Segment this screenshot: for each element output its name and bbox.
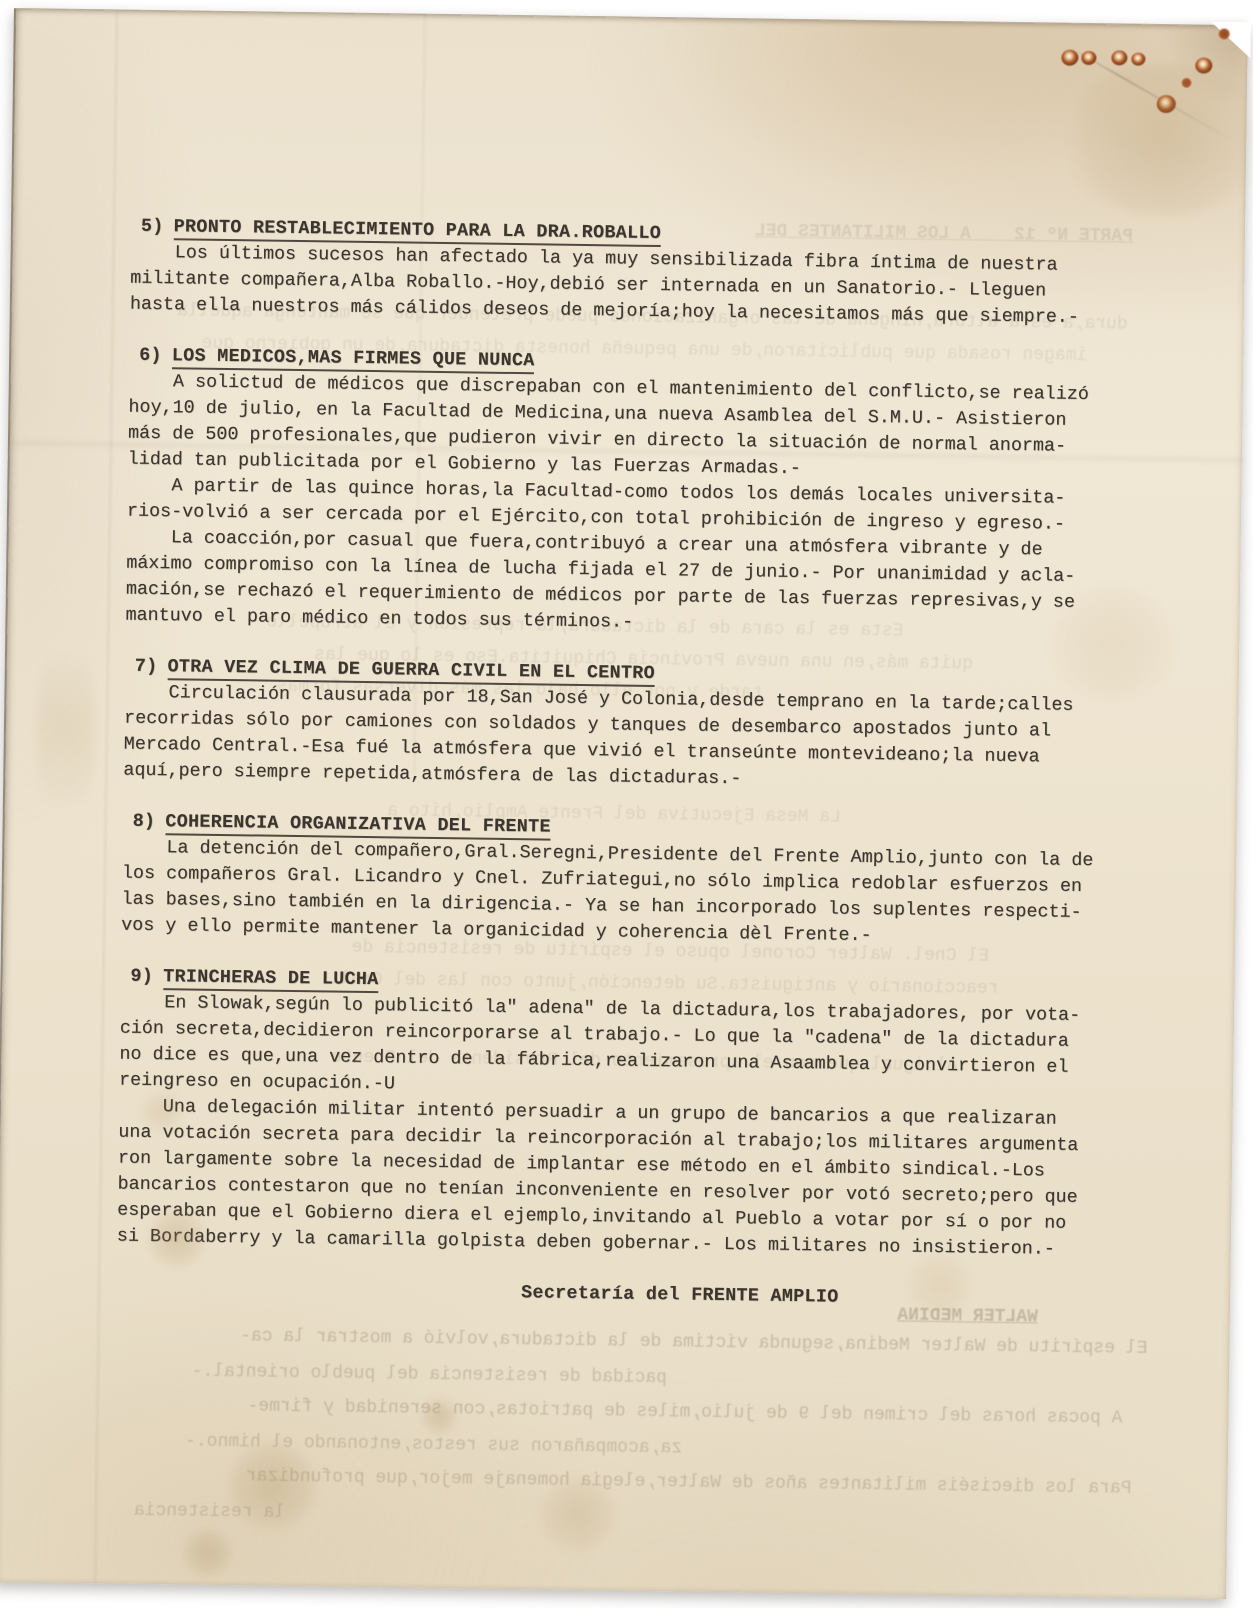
- section-9: 9)TRINCHERAS DE LUCHA En Slowak,según lo…: [117, 964, 1131, 1264]
- corner-fold-cut: [1210, 22, 1250, 59]
- scan-background: PARTE Nº 12 A LOS MILITANTES DEL dura,a …: [0, 0, 1253, 1608]
- section-number: 5): [141, 216, 164, 237]
- water-stain: [536, 1474, 619, 1553]
- water-stain: [420, 1397, 459, 1436]
- section-7: 7)OTRA VEZ CLIMA DE GUERRA CIVIL EN EL C…: [123, 654, 1135, 798]
- section-number: 6): [139, 345, 162, 366]
- section-title: TRINCHERAS DE LUCHA: [163, 966, 379, 993]
- bleedthrough-line: pacidad de resistencia del pueblo orient…: [107, 1358, 667, 1390]
- section-6: 6)LOS MEDICOS,MAS FIRMES QUE NUNCA A sol…: [125, 343, 1139, 643]
- section-5: 5)PRONTO RESTABLECIMIENTO PARA LA DRA.RO…: [130, 214, 1141, 332]
- bleedthrough-line: za,acompañaron sus restos,entonando el h…: [102, 1428, 682, 1460]
- bleedthrough-line: A pocas horas del crimen del 9 de julio,…: [122, 1393, 1122, 1431]
- water-stain: [35, 629, 98, 830]
- water-stain: [181, 1527, 234, 1578]
- section-number: 8): [133, 811, 156, 832]
- rust-stain: [1081, 51, 1096, 65]
- section-number: 9): [130, 966, 153, 987]
- fold-line-vertical: [94, 10, 118, 1584]
- water-stain: [1053, 64, 1253, 217]
- document-body: 5)PRONTO RESTABLECIMIENTO PARA LA DRA.RO…: [116, 214, 1141, 1315]
- section-number: 7): [135, 656, 158, 677]
- rust-stain: [1061, 50, 1078, 66]
- signature-line: Secretaría del FRENTE AMPLIO: [521, 1280, 1126, 1314]
- water-stain: [227, 1438, 318, 1534]
- section-8: 8)COHERENCIA ORGANIZATIVA DEL FRENTE La …: [121, 809, 1133, 953]
- water-stain: [1046, 583, 1178, 705]
- rust-stain: [1131, 53, 1145, 66]
- paper-sheet: PARTE Nº 12 A LOS MILITANTES DEL dura,a …: [0, 8, 1248, 1599]
- rust-stain: [1218, 28, 1231, 40]
- rust-stain: [1111, 50, 1127, 65]
